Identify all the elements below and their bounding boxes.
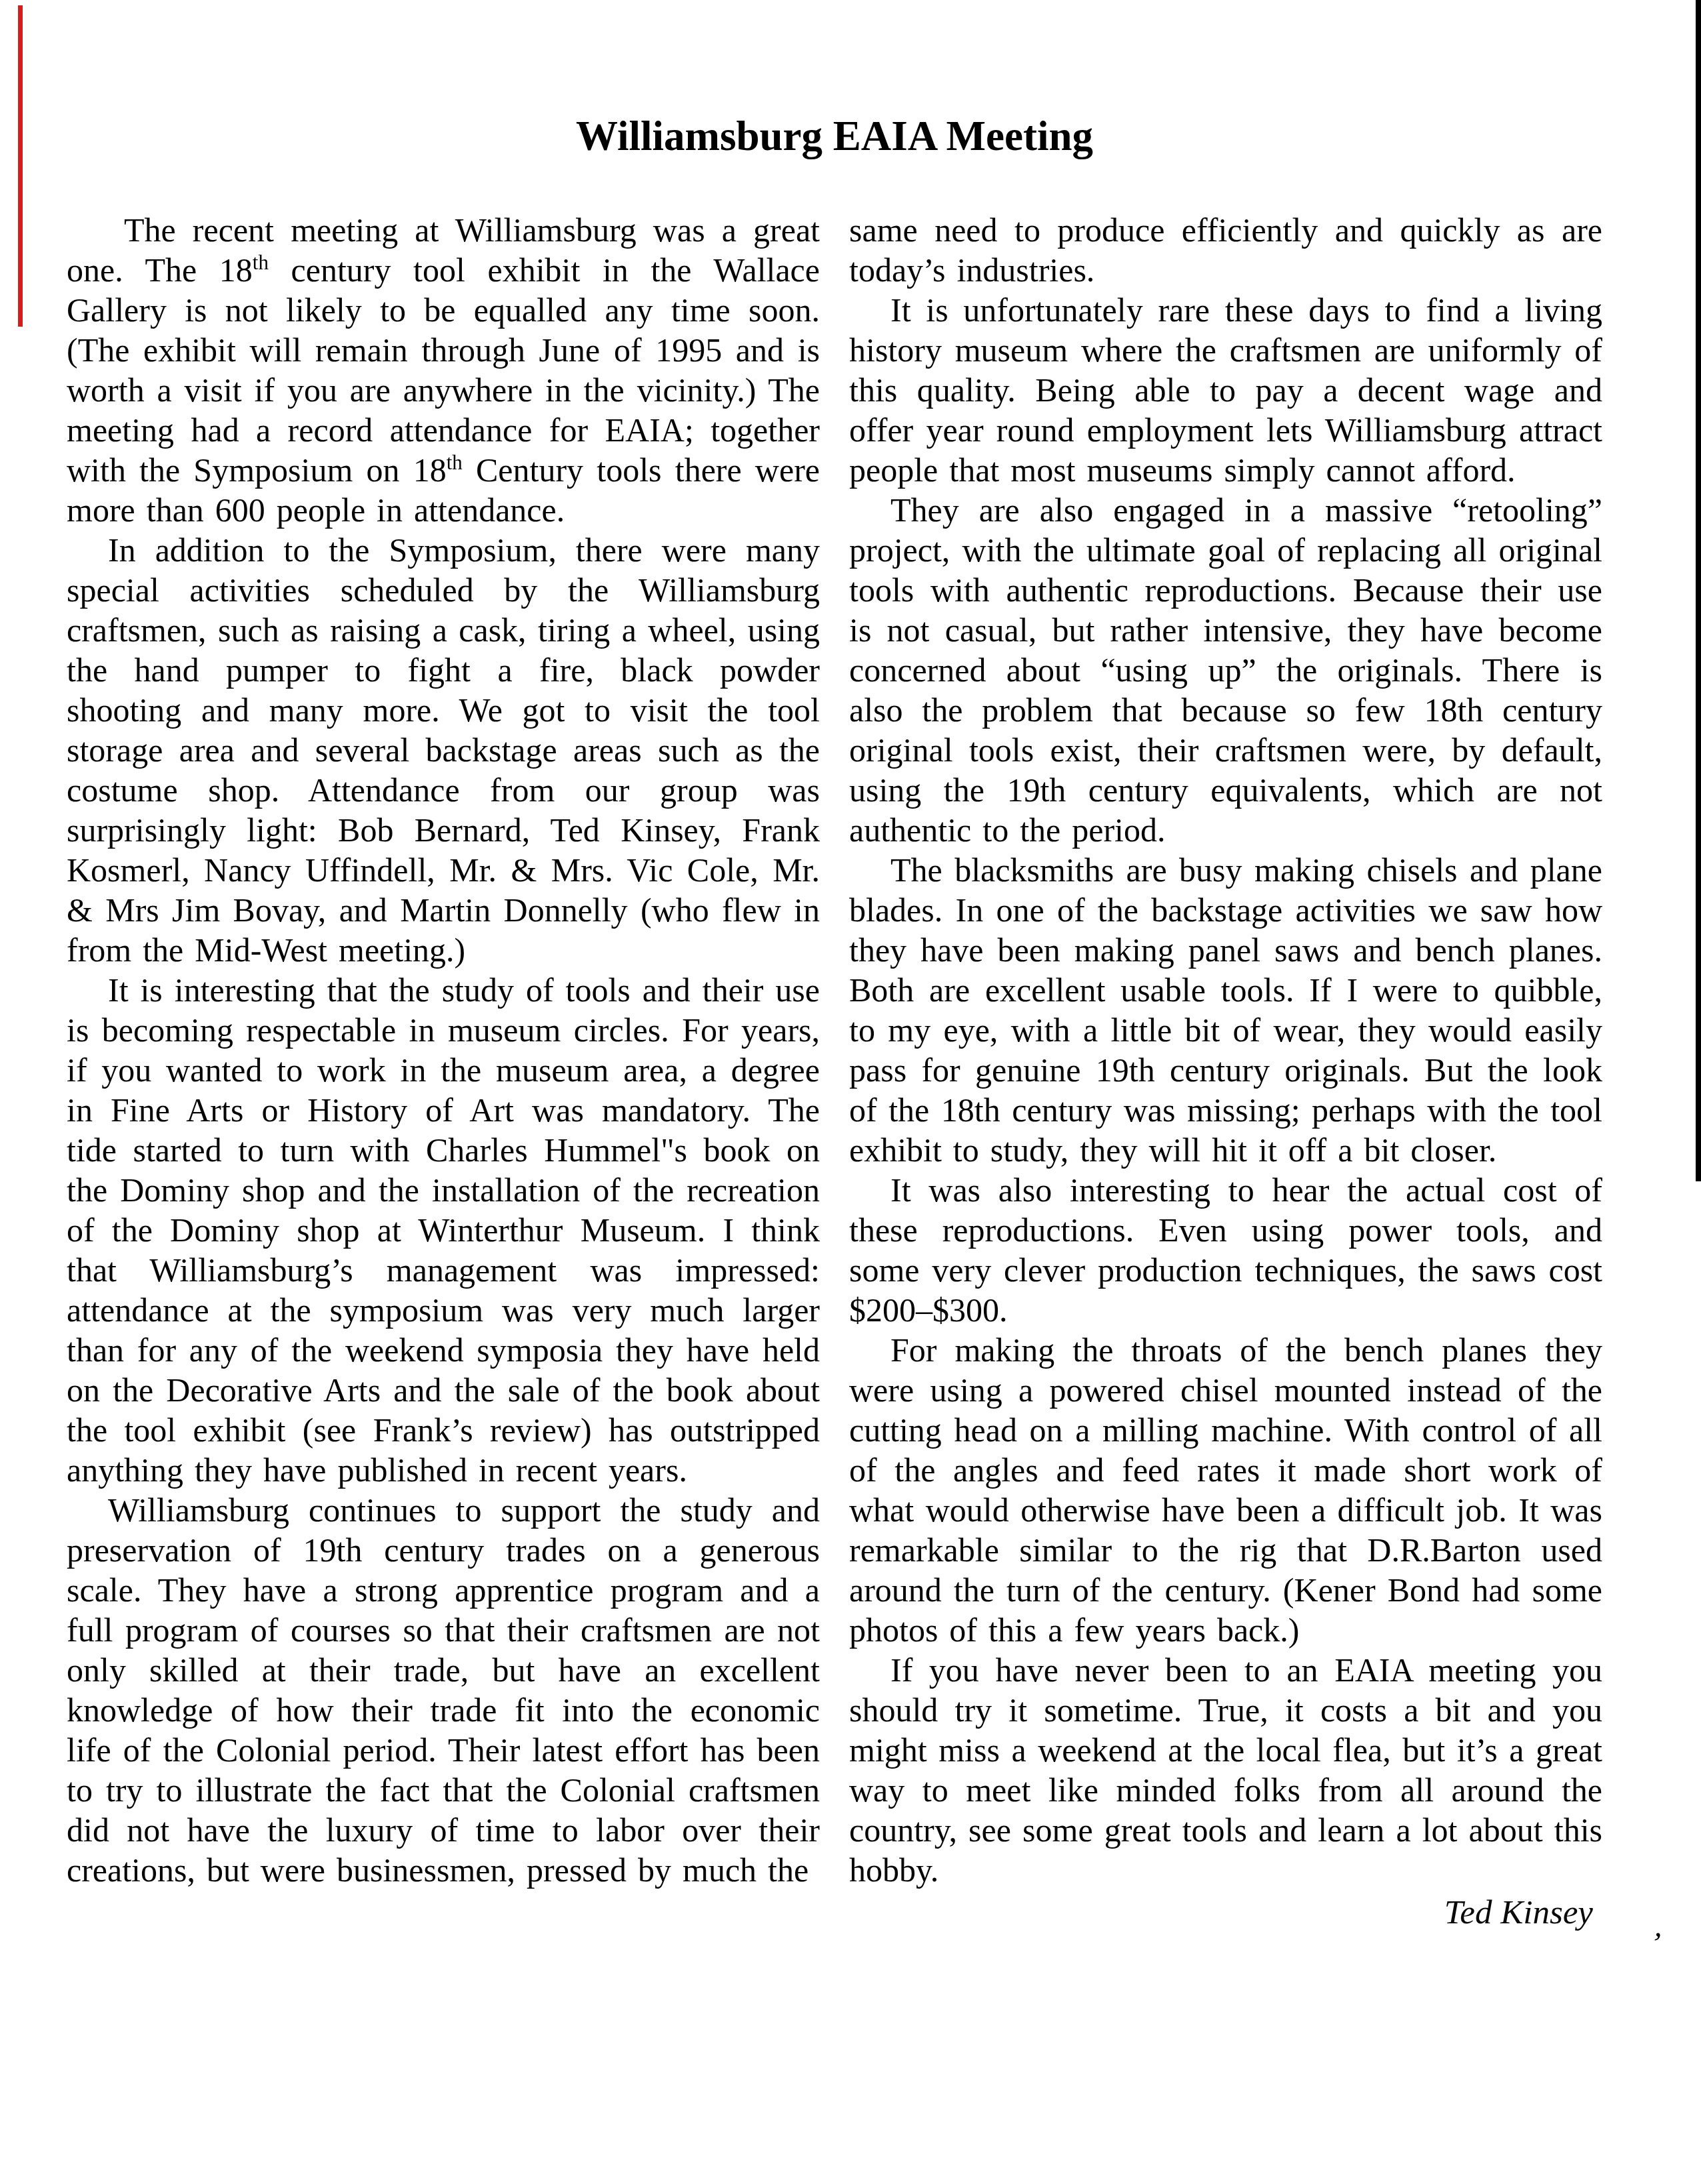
paragraph: The recent meeting at Williamsburg was a… [67,210,820,530]
paragraph: They are also engaged in a massive “reto… [849,490,1602,850]
stray-ink-mark: ’ [1649,1925,1664,1961]
page-title: Williamsburg EAIA Meeting [67,112,1602,161]
paragraph: The blacksmiths are busy making chisels … [849,850,1602,1170]
paragraph: same need to produce efficiently and qui… [849,210,1602,290]
author-signature: Ted Kinsey [849,1893,1602,1933]
paragraph: It is interesting that the study of tool… [67,970,820,1490]
left-column: The recent meeting at Williamsburg was a… [67,210,820,1933]
paragraph: If you have never been to an EAIA meetin… [849,1650,1602,1890]
paragraph: It is unfortunately rare these days to f… [849,290,1602,490]
article: Williamsburg EAIA Meeting The recent mee… [67,112,1602,1933]
right-margin-black-line [1696,0,1701,1181]
paragraph: It was also interesting to hear the actu… [849,1170,1602,1330]
paragraph: For making the throats of the bench plan… [849,1330,1602,1650]
left-margin-red-line [18,5,23,327]
two-column-layout: The recent meeting at Williamsburg was a… [67,210,1602,1933]
paragraph: In addition to the Symposium, there were… [67,530,820,970]
right-column: same need to produce efficiently and qui… [849,210,1602,1933]
paragraph: Williamsburg continues to support the st… [67,1490,820,1890]
scanned-newsletter-page: { "page": { "title": "Williamsburg EAIA … [0,0,1701,2184]
